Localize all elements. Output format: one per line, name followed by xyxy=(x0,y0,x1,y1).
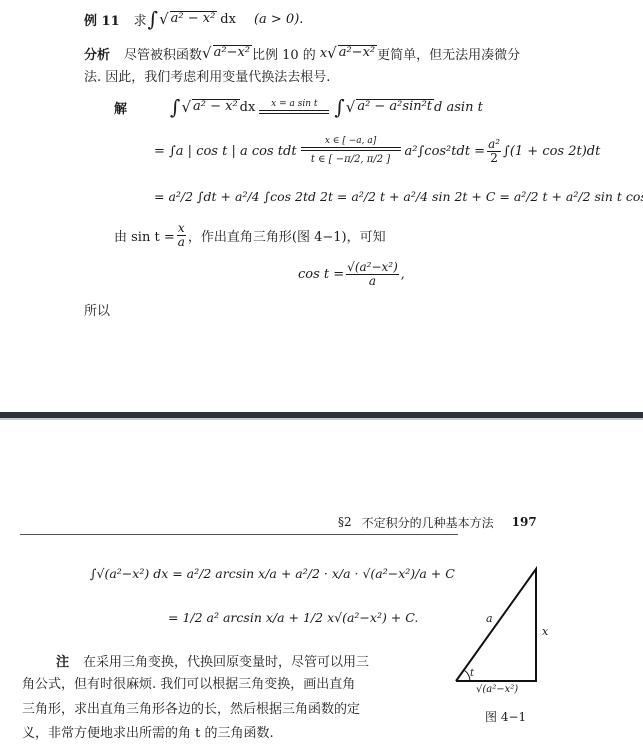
fraction: x a xyxy=(177,222,186,248)
analysis-label: 分析 xyxy=(84,44,110,63)
dx: dx xyxy=(240,100,256,115)
text: ，作出直角三角形(图 4−1)，可知 xyxy=(188,226,386,245)
fraction: a² 2 xyxy=(487,138,501,164)
integral-sign-icon: ∫ xyxy=(334,97,344,117)
dx: dx xyxy=(220,12,236,27)
expression: = ∫a | cos t | a cos tdt xyxy=(154,144,297,159)
sqrt-icon: √ xyxy=(181,98,191,116)
solution-line-6: 所以 xyxy=(84,300,110,319)
numerator: x xyxy=(177,222,186,236)
solution-line-2: = ∫a | cos t | a cos tdt x ∈ [ −a, a] t … xyxy=(154,128,600,174)
fraction: √(a²−x²) a xyxy=(346,261,399,287)
solution-label: 解 xyxy=(114,98,127,117)
solution-line-4: 由 sin t = x a ，作出直角三角形(图 4−1)，可知 xyxy=(114,218,386,252)
adjacent-label: √(a²−x²) xyxy=(476,684,518,695)
denominator: a xyxy=(177,236,186,249)
radicand: a²−x² xyxy=(338,45,377,61)
integral-sign-icon: ∫ xyxy=(148,9,158,29)
note-label: 注 xyxy=(56,651,69,670)
note-line-3: 三角形，求出直角三角形各边的长，然后根据三角函数的定 xyxy=(22,698,360,717)
page-number: 197 xyxy=(512,515,537,529)
solution-line-1: 解 ∫ √a² − x² dx x = a sin t ∫ √a² − a²si… xyxy=(114,92,483,122)
note-text: 在采用三角变换，代换回原变量时，尽管可以用三 xyxy=(83,651,369,670)
page-divider-shadow xyxy=(0,418,643,420)
analysis-line-2: 法. 因此，我们考虑利用变量代换法去根号. xyxy=(84,68,330,88)
sqrt-icon: √ xyxy=(346,98,356,116)
condition-top: x ∈ [ −a, a] xyxy=(325,137,376,147)
substitution-arrow: x = a sin t xyxy=(259,100,329,114)
example-11-line: 例 11 求 ∫ √a² − x² dx (a > 0). xyxy=(84,6,303,32)
section-number: §2 xyxy=(338,515,352,529)
example-label: 例 11 xyxy=(84,10,120,29)
analysis-line-1: 分析 尽管被积函数 √a²−x² 比例 10 的 x √a²−x² 更简单，但无… xyxy=(84,40,520,66)
solution-line-5: cos t = √(a²−x²) a , xyxy=(298,254,405,294)
double-line-icon xyxy=(259,110,329,114)
angle-label: t xyxy=(470,668,474,679)
section-title: 不定积分的几种基本方法 xyxy=(362,514,494,531)
sqrt-icon: √ xyxy=(327,44,337,62)
x-var: x xyxy=(320,46,327,61)
note-line-4: 义，非常方便地求出所需的角 t 的三角函数. xyxy=(22,722,274,741)
radicand: a² − x² xyxy=(192,99,240,115)
result-line-1: ∫√(a²−x²) dx = a²/2 arcsin x/a + a²/2 · … xyxy=(90,566,455,581)
expression: cos t = xyxy=(298,267,344,282)
expression: ∫(1 + cos 2t)dt xyxy=(503,144,600,159)
running-header: §2 不定积分的几种基本方法 197 xyxy=(338,512,537,532)
note-line-1: 注 在采用三角变换，代换回原变量时，尽管可以用三 xyxy=(56,648,369,672)
expression: a²∫cos²tdt = xyxy=(405,144,486,159)
condition-bottom: t ∈ [ −π/2, π/2 ] xyxy=(311,154,390,165)
differential: d asin t xyxy=(434,100,483,115)
denominator: 2 xyxy=(489,152,499,165)
radicand: a²−x² xyxy=(213,45,252,61)
radicand: a² − a²sin²t xyxy=(356,99,434,115)
result-line-2: = 1/2 a² arcsin x/a + 1/2 x√(a²−x²) + C. xyxy=(168,610,418,625)
opposite-label: x xyxy=(542,625,548,638)
condition: (a > 0). xyxy=(254,12,303,27)
denominator: a xyxy=(368,275,377,288)
punctuation: , xyxy=(401,267,405,282)
radicand: a² − x² xyxy=(170,11,218,27)
note-line-2: 角公式，但有时很麻烦. 我们可以根据三角变换，画出直角 xyxy=(22,673,355,692)
condition-arrow: x ∈ [ −a, a] t ∈ [ −π/2, π/2 ] xyxy=(301,137,401,165)
analysis-text: 尽管被积函数 xyxy=(124,44,202,63)
example-prompt: 求 xyxy=(134,10,147,29)
solution-line-3: = a²/2 ∫dt + a²/4 ∫cos 2td 2t = a²/2 t +… xyxy=(154,186,643,208)
sqrt-icon: √ xyxy=(202,44,212,62)
double-line-icon xyxy=(301,147,401,151)
right-triangle-figure xyxy=(440,555,570,695)
substitution-label: x = a sin t xyxy=(271,100,317,110)
text: 由 sin t = xyxy=(114,226,175,245)
numerator: a² xyxy=(487,138,501,152)
sqrt-icon: √ xyxy=(159,10,169,28)
analysis-text: 更简单，但无法用凑微分 xyxy=(377,44,520,63)
hypotenuse-label: a xyxy=(486,612,493,625)
numerator: √(a²−x²) xyxy=(346,261,399,275)
header-rule xyxy=(20,534,458,535)
integral-sign-icon: ∫ xyxy=(170,97,180,117)
analysis-text: 比例 10 的 xyxy=(252,44,316,63)
figure-caption: 图 4−1 xyxy=(485,708,526,725)
